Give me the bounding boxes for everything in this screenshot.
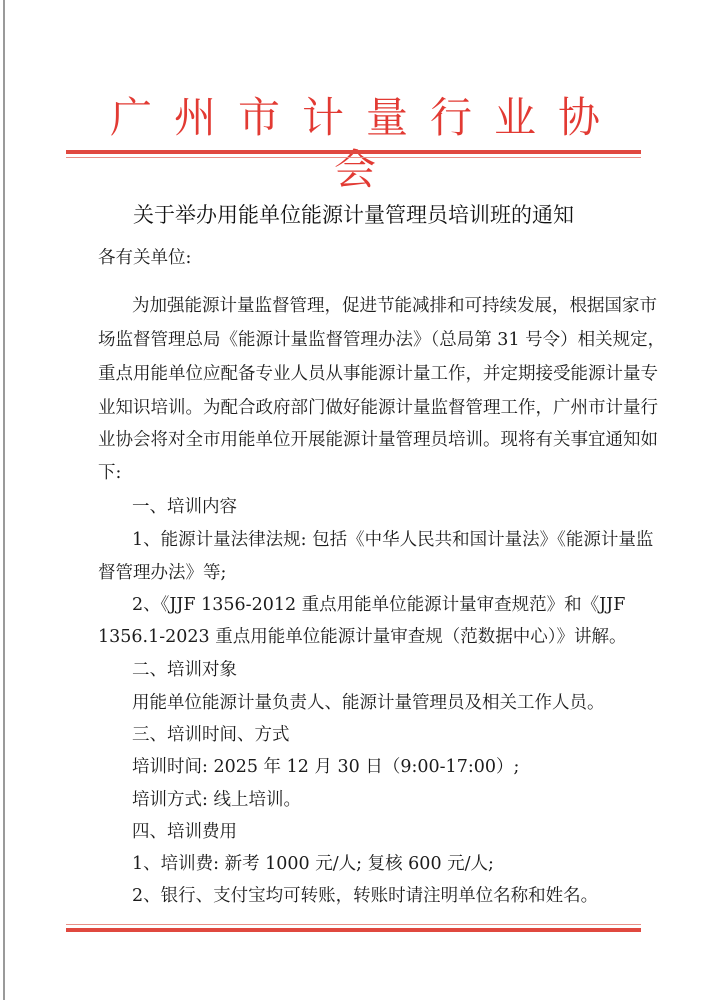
- training-mode: 培训方式: 线上培训。: [132, 787, 301, 813]
- letterhead-rule-thin: [66, 157, 641, 158]
- training-time: 培训时间: 2025 年 12 月 30 日（9:00-17:00）;: [132, 754, 519, 780]
- intro-line: 重点用能单位应配备专业人员从事能源计量工作，并定期接受能源计量专: [98, 361, 658, 387]
- payment-method: 2、银行、支付宝均可转账，转账时请注明单位名称和姓名。: [132, 883, 598, 909]
- letterhead-rule-thick: [66, 150, 641, 154]
- footer-rule-thick: [66, 928, 641, 932]
- section-heading-fees: 四、培训费用: [132, 819, 237, 845]
- intro-line: 为加强能源计量监督管理，促进节能减排和可持续发展，根据国家市: [132, 293, 657, 319]
- letterhead-organization: 广州市计量行业协会: [60, 92, 650, 144]
- section-line: 1356.1-2023 重点用能单位能源计量审查规（范数据中心）》讲解。: [98, 624, 627, 650]
- page-edge: [3, 0, 5, 1000]
- section-heading-content: 一、培训内容: [132, 494, 237, 520]
- section-line: 用能单位能源计量负责人、能源计量管理员及相关工作人员。: [132, 690, 605, 716]
- intro-line: 下:: [98, 460, 121, 486]
- intro-line: 场监督管理总局《能源计量监督管理办法》（总局第 31 号令）相关规定，: [98, 327, 665, 353]
- training-fee: 1、培训费: 新考 1000 元/人; 复核 600 元/人;: [132, 851, 494, 877]
- intro-line: 业协会将对全市用能单位开展能源计量管理员培训。现将有关事宜通知如: [98, 427, 658, 453]
- document-title: 关于举办用能单位能源计量管理员培训班的通知: [0, 200, 707, 230]
- section-heading-schedule: 三、培训时间、方式: [132, 722, 290, 748]
- section-line: 督管理办法》等;: [98, 560, 226, 586]
- section-heading-audience: 二、培训对象: [132, 657, 237, 683]
- footer-rule-thin: [66, 924, 641, 925]
- salutation: 各有关单位:: [98, 245, 191, 271]
- section-line: 1、能源计量法律法规: 包括《中华人民共和国计量法》《能源计量监: [132, 527, 653, 553]
- section-line: 2、《JJF 1356-2012 重点用能单位能源计量审查规范》和《JJF: [132, 592, 625, 618]
- intro-line: 业知识培训。为配合政府部门做好能源计量监督管理工作，广州市计量行: [98, 395, 658, 421]
